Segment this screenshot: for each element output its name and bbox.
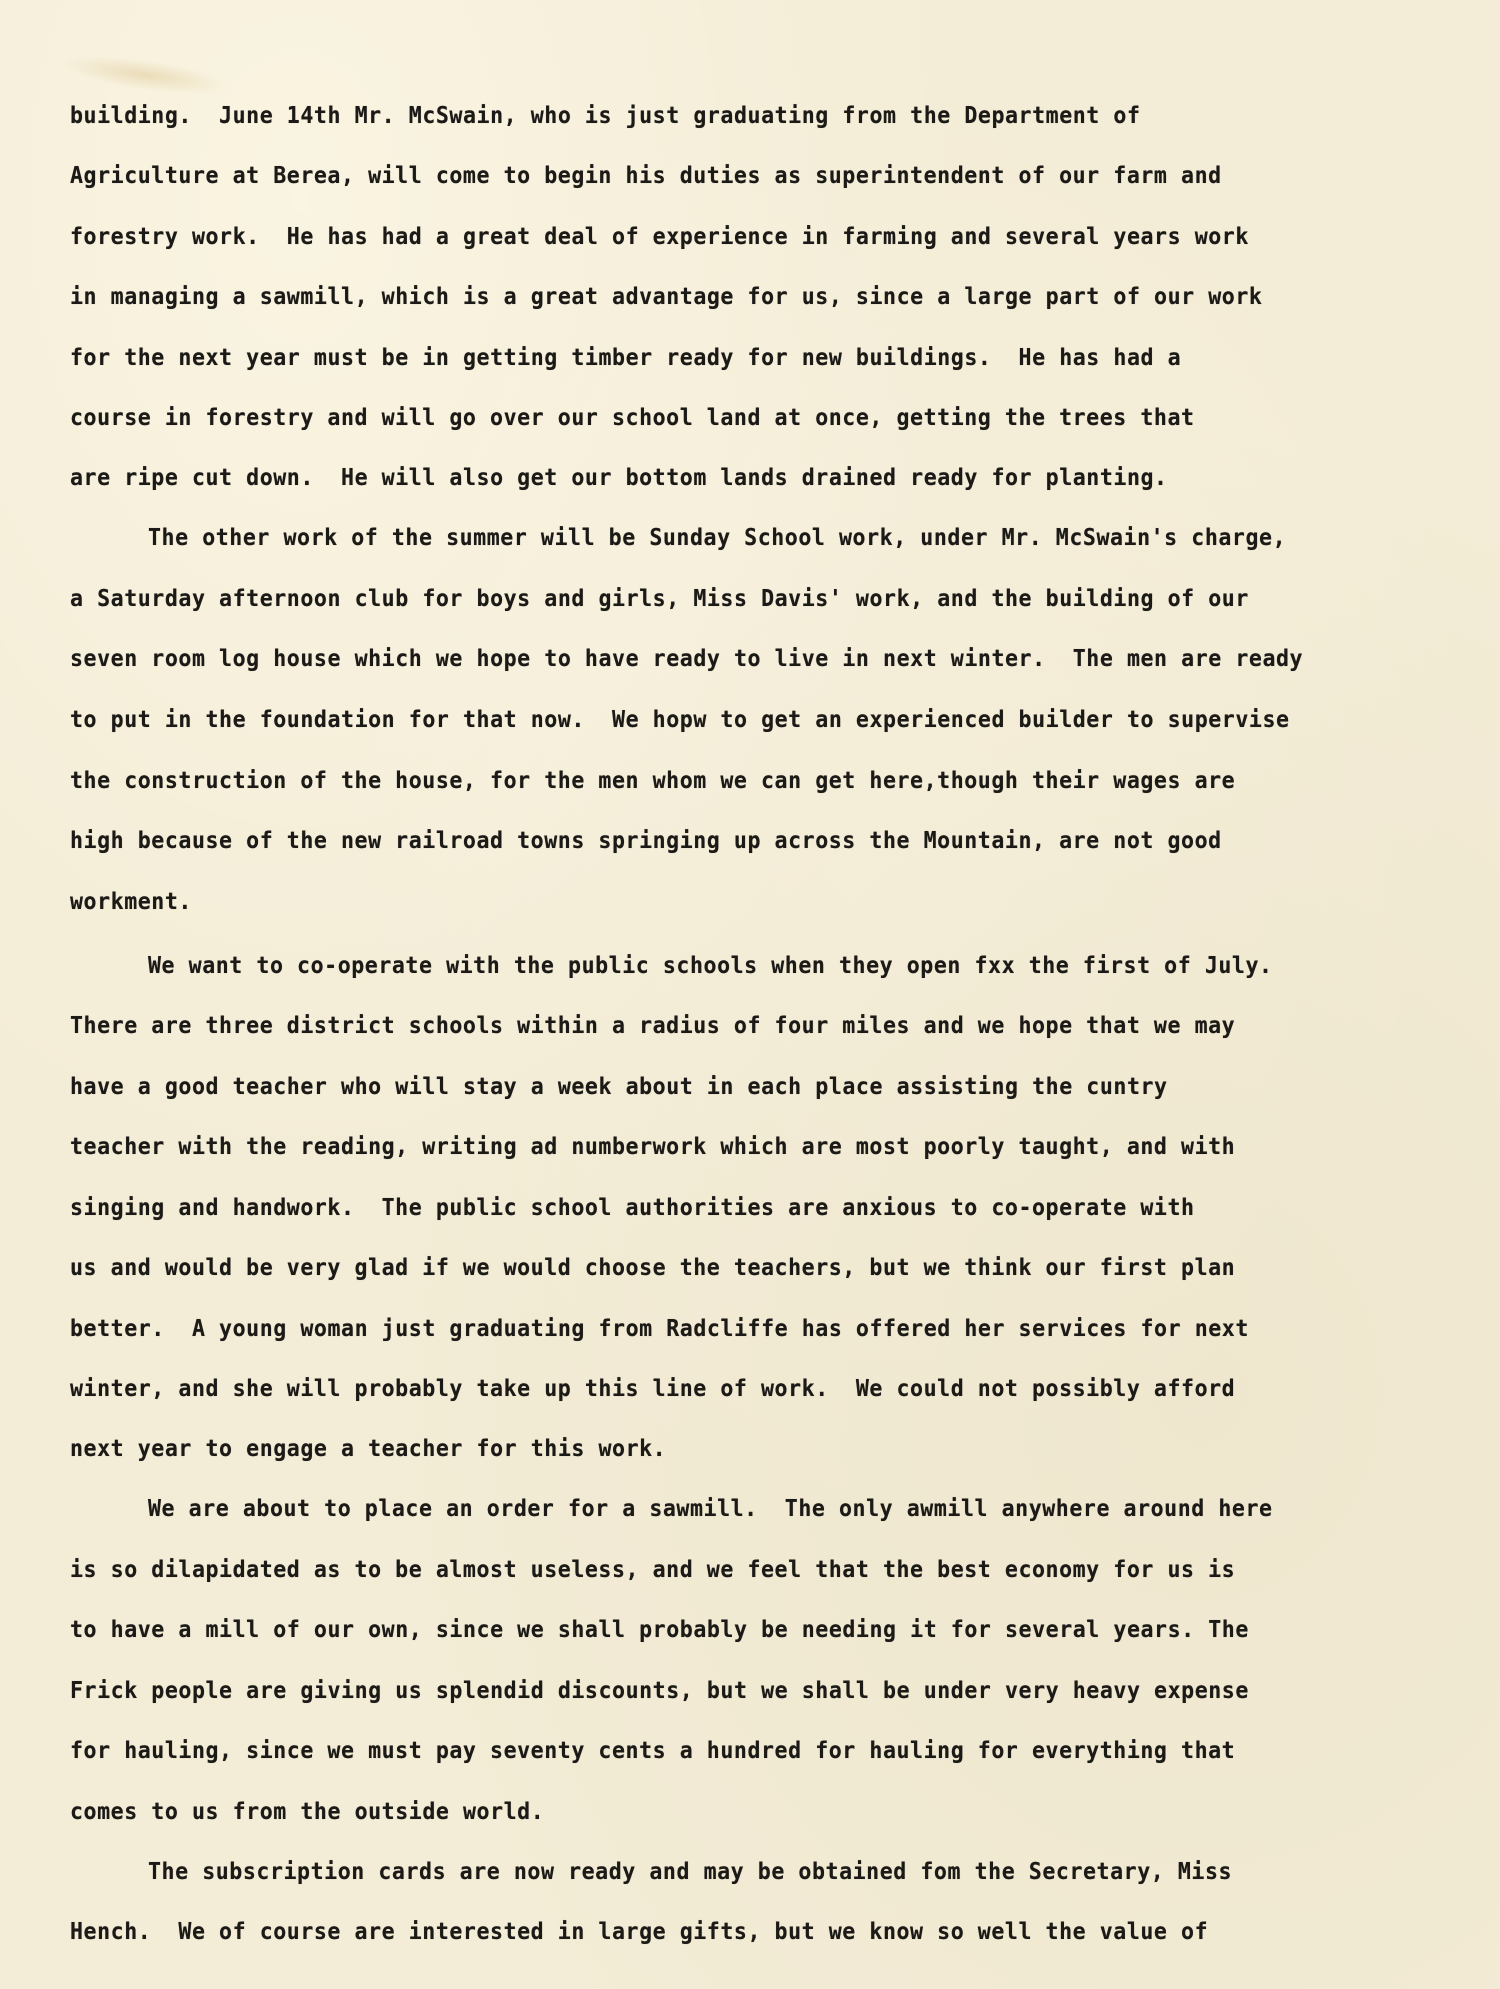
text-line: better. A young woman just graduating fr… <box>70 1317 1249 1341</box>
text-line: next year to engage a teacher for this w… <box>70 1437 666 1461</box>
text-line: have a good teacher who will stay a week… <box>70 1075 1168 1099</box>
text-line: is so dilapidated as to be almost useles… <box>70 1558 1235 1582</box>
paragraph-first-line: We want to co-operate with the public sc… <box>148 954 1273 978</box>
text-line: high because of the new railroad towns s… <box>70 829 1222 853</box>
paragraph-first-line: The other work of the summer will be Sun… <box>148 526 1286 550</box>
text-line: teacher with the reading, writing ad num… <box>70 1135 1235 1159</box>
paper-stain <box>59 48 232 101</box>
text-line: Hench. We of course are interested in la… <box>70 1920 1208 1944</box>
text-line: seven room log house which we hope to ha… <box>70 647 1303 671</box>
text-line: building. June 14th Mr. McSwain, who is … <box>70 104 1141 128</box>
text-line: to put in the foundation for that now. W… <box>70 708 1290 732</box>
text-line: for the next year must be in getting tim… <box>70 346 1181 370</box>
text-line: Frick people are giving us splendid disc… <box>70 1679 1249 1703</box>
text-line: course in forestry and will go over our … <box>70 406 1195 430</box>
text-line: a Saturday afternoon club for boys and g… <box>70 587 1249 611</box>
text-line: There are three district schools within … <box>70 1014 1235 1038</box>
text-line: to have a mill of our own, since we shal… <box>70 1618 1249 1642</box>
text-line: in managing a sawmill, which is a great … <box>70 285 1262 309</box>
text-line: Agriculture at Berea, will come to begin… <box>70 164 1222 188</box>
paragraph-first-line: We are about to place an order for a saw… <box>148 1497 1273 1521</box>
text-line: are ripe cut down. He will also get our … <box>70 466 1168 490</box>
text-line: winter, and she will probably take up th… <box>70 1377 1235 1401</box>
text-line: the construction of the house, for the m… <box>70 769 1235 793</box>
text-line: for hauling, since we must pay seventy c… <box>70 1739 1235 1763</box>
text-line: us and would be very glad if we would ch… <box>70 1256 1235 1280</box>
paragraph-first-line: The subscription cards are now ready and… <box>148 1860 1232 1884</box>
text-line: workment. <box>70 890 192 914</box>
text-line: comes to us from the outside world. <box>70 1800 544 1824</box>
document-page: building. June 14th Mr. McSwain, who is … <box>0 0 1500 1989</box>
text-line: singing and handwork. The public school … <box>70 1196 1195 1220</box>
text-line: forestry work. He has had a great deal o… <box>70 225 1249 249</box>
